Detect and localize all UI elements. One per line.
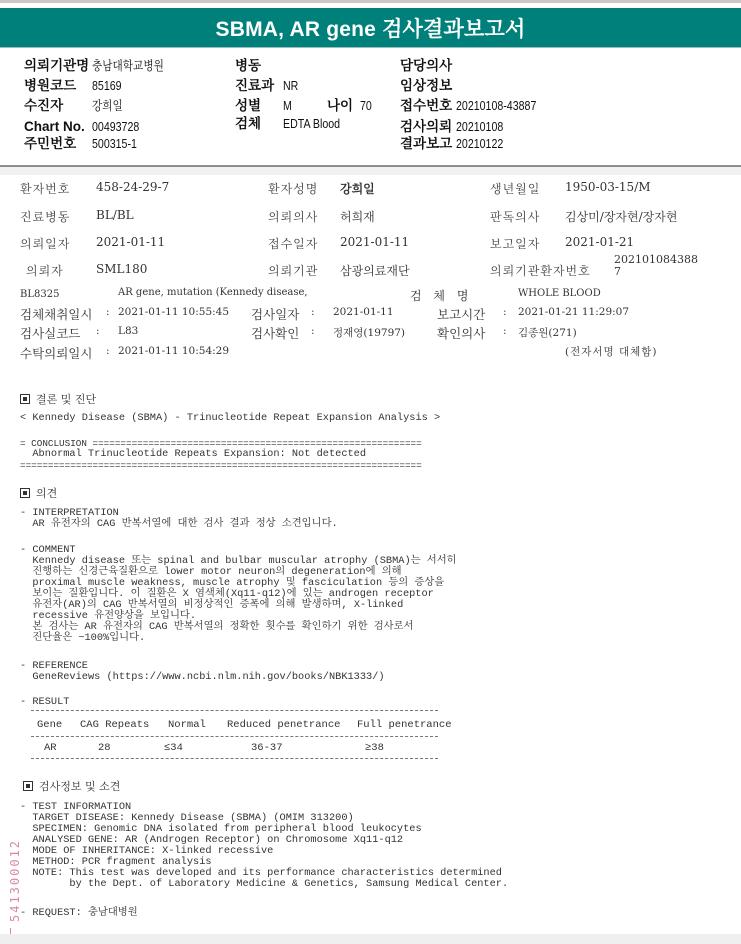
- header-field-clinical-info: 임상정보: [400, 76, 456, 96]
- analysis-title: < Kennedy Disease (SBMA) - Trinucleotide…: [20, 413, 440, 424]
- conclusion-section-title: 결론 및 진단: [20, 391, 96, 407]
- table-header: CAG Repeats: [80, 719, 149, 731]
- receipt-date-label: 접수일자: [268, 235, 318, 252]
- test-date-value: 2021-01-11: [333, 306, 394, 318]
- table-top-rule: [31, 710, 438, 711]
- request-date-value: 2021-01-11: [96, 235, 165, 249]
- receipt-date-value: 2021-01-11: [340, 235, 409, 249]
- header-field-attending-doctor: 담당의사: [400, 56, 456, 76]
- report-date-label: 보고일자: [490, 235, 540, 252]
- specimen-value: WHOLE BLOOD: [518, 288, 601, 299]
- test-confirm-label: 검사확인: [251, 324, 299, 342]
- ward-value: BL/BL: [96, 208, 134, 222]
- consign-value: 2021-01-11 10:54:29: [118, 345, 229, 357]
- reading-doctor-value: 김상미/장자현/장자현: [565, 208, 677, 225]
- header-field-result-report: 결과보고20210122: [400, 134, 512, 154]
- header-field-hospital-code: 병원코드85169: [24, 76, 127, 96]
- institution-patient-no-value: 2021010843887: [614, 254, 698, 278]
- table-header: Reduced penetrance: [227, 719, 340, 731]
- vertical-stamp-number: 541300012: [8, 839, 22, 922]
- report-time-colon: :: [503, 306, 507, 318]
- test-code: BL8325: [20, 289, 59, 300]
- header-field-department: 진료과NR: [235, 76, 301, 96]
- header-field-institution: 의뢰기관명충남대학교병원: [24, 56, 177, 76]
- header-field-ward: 병동: [235, 56, 283, 76]
- table-cell-reduced: 36-37: [251, 742, 283, 754]
- reference-link[interactable]: GeneReviews (https://www.ncbi.nlm.nih.go…: [20, 672, 385, 683]
- square-bullet-icon: [20, 488, 30, 498]
- table-header-rule: [31, 736, 438, 737]
- result-heading: - RESULT: [20, 697, 69, 708]
- opinion-section-title: 의견: [20, 485, 57, 501]
- test-confirm-value: 정재영(19797): [333, 325, 405, 340]
- report-time-value: 2021-01-21 11:29:07: [518, 306, 629, 318]
- conclusion-text: Abnormal Trinucleotide Repeats Expansion…: [20, 449, 366, 460]
- header-field-receipt-no: 접수번호20210108-43887: [400, 96, 551, 116]
- square-bullet-icon: [20, 394, 30, 404]
- collection-label: 검체채취일시: [20, 305, 92, 323]
- specimen-label: 검 체 명: [410, 287, 472, 304]
- report-title: SBMA, AR gene 검사결과보고서: [0, 8, 741, 48]
- table-header: Gene: [37, 719, 62, 731]
- consign-label: 수탁의뢰일시: [20, 344, 92, 362]
- table-bottom-rule: [31, 758, 438, 759]
- table-header: Normal: [168, 719, 206, 731]
- table-header: Full penetrance: [357, 719, 452, 731]
- referring-doctor-value: 허희재: [340, 208, 375, 225]
- table-cell-gene: AR: [44, 742, 57, 754]
- table-cell-full: ≥38: [365, 742, 384, 754]
- test-date-label: 검사일자: [251, 305, 299, 323]
- ward-label: 진료병동: [20, 208, 70, 225]
- birthdate-label: 생년월일: [490, 180, 540, 197]
- test-date-colon: :: [311, 306, 315, 318]
- patient-number-value: 458-24-29-7: [96, 180, 169, 194]
- footer-band: [0, 934, 741, 944]
- top-border: [0, 0, 741, 3]
- referring-doctor-label: 의뢰의사: [268, 208, 318, 225]
- report-time-label: 보고시간: [437, 305, 485, 323]
- testinfo-section-title: 검사정보 및 소견: [23, 778, 120, 794]
- lab-code-value: L83: [118, 325, 138, 337]
- confirm-doctor-value: 김종원(271): [518, 325, 577, 340]
- header-field-specimen: 검체EDTA Blood: [235, 114, 350, 134]
- patient-number: 환자번호: [20, 180, 70, 197]
- conclusion-end-line: ========================================…: [20, 460, 422, 471]
- collection-value: 2021-01-11 10:55:45: [118, 306, 229, 318]
- patient-name-value: 강희일: [340, 180, 375, 197]
- reading-doctor-label: 판독의사: [490, 208, 540, 225]
- header-field-resident-no: 주민번호500315-1: [24, 134, 145, 154]
- table-cell-cag-repeats: 28: [98, 742, 111, 754]
- header-field-age: 나이70: [327, 96, 374, 116]
- requester-label: 의뢰자: [26, 262, 64, 279]
- interpretation-text: AR 유전자의 CAG 반복서열에 대한 검사 결과 정상 소견입니다.: [20, 519, 338, 530]
- header-field-patient: 수진자강희일: [24, 96, 128, 116]
- test-confirm-colon: :: [311, 325, 315, 337]
- institution-patient-no-label: 의뢰기관환자번호: [490, 262, 591, 279]
- table-cell-normal: ≤34: [164, 742, 183, 754]
- request-line: - REQUEST: 충남대병원: [20, 908, 138, 919]
- lab-code-label: 검사실코드: [20, 324, 80, 342]
- lab-code-colon: :: [96, 325, 100, 337]
- requester-value: SML180: [96, 262, 147, 276]
- requesting-institution-label: 의뢰기관: [268, 262, 318, 279]
- report-date-value: 2021-01-21: [565, 235, 634, 249]
- divider-band: [0, 167, 741, 175]
- esign-note: (전자서명 대체함): [565, 344, 658, 359]
- collection-colon: :: [106, 306, 110, 318]
- consign-colon: :: [106, 345, 110, 357]
- requesting-institution-value: 삼광의료재단: [340, 262, 410, 279]
- birthdate-value: 1950-03-15/M: [565, 180, 651, 194]
- request-date-label: 의뢰일자: [20, 235, 70, 252]
- confirm-doctor-colon: :: [503, 325, 507, 337]
- header-field-sex: 성별M: [235, 96, 293, 116]
- patient-name-label: 환자성명: [268, 180, 318, 197]
- confirm-doctor-label: 확인의사: [437, 324, 485, 342]
- test-name: AR gene, mutation (Kennedy disease,: [118, 287, 308, 298]
- square-bullet-icon: [23, 781, 33, 791]
